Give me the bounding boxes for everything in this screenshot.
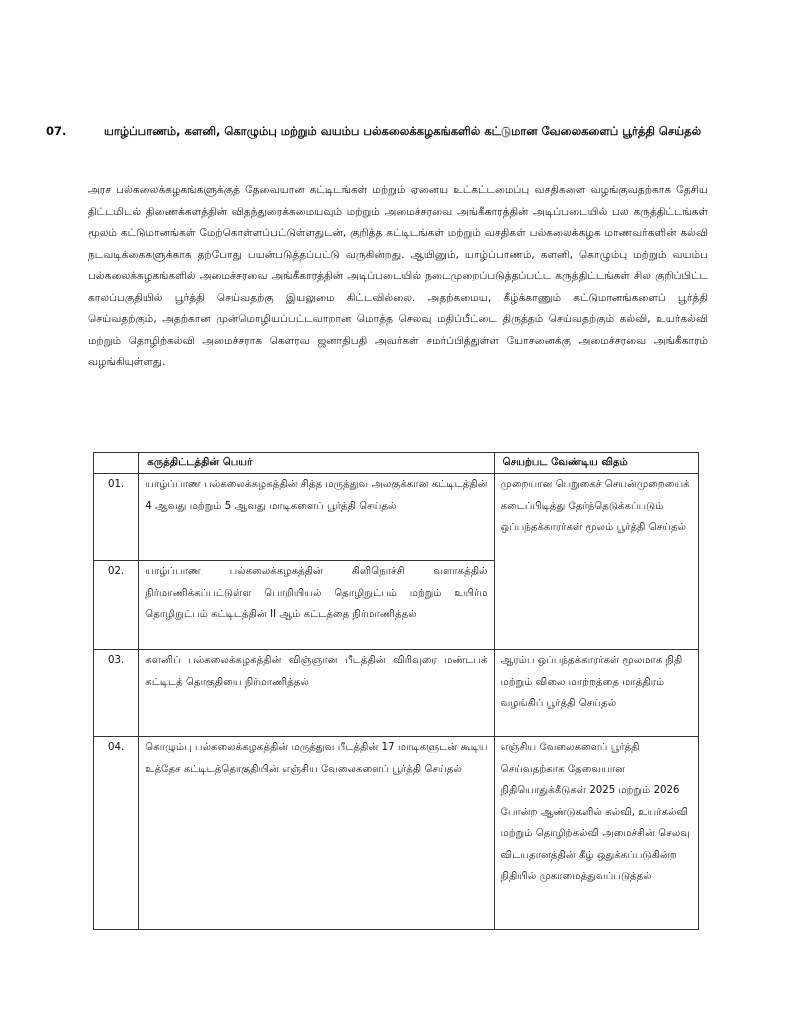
table-row: 01. யாழ்ப்பாண பல்கலைக்கழகத்தின் சித்த மர…	[94, 474, 699, 561]
projects-table: கருத்திட்டத்தின் பெயர் செயற்பட வேண்டிய வ…	[93, 452, 699, 930]
project-name: களனிப் பல்கலைக்கழகத்தின் விஞ்ஞான பீடத்தி…	[139, 650, 494, 737]
row-number: 04.	[94, 737, 139, 930]
implementation-method: எஞ்சிய வேலைகளைப் பூர்த்தி செய்வதற்காக தே…	[494, 737, 698, 930]
project-name: யாழ்ப்பாண பல்கலைக்கழகத்தின் சித்த மருத்த…	[139, 474, 494, 561]
header-number	[94, 453, 139, 474]
table-row: 03. களனிப் பல்கலைக்கழகத்தின் விஞ்ஞான பீட…	[94, 650, 699, 737]
row-number: 03.	[94, 650, 139, 737]
section-number: 07.	[46, 120, 86, 142]
project-name: கொழும்பு பல்கலைக்கழகத்தின் மருத்துவ பீடத…	[139, 737, 494, 930]
section-title: யாழ்ப்பாணம், களனி, கொழும்பு மற்றும் வயம்…	[104, 120, 706, 142]
row-number: 01.	[94, 474, 139, 561]
body-paragraph: அரச பல்கலைக்கழகங்களுக்குத் தேவையான கட்டி…	[88, 180, 708, 374]
implementation-method: முறையான பெறுகைச் செயன்முறையைக் கடைப்பிடி…	[494, 474, 698, 650]
project-name: யாழ்ப்பாண பல்கலைக்கழகத்தின் கிளிநொச்சி வ…	[139, 561, 494, 650]
row-number: 02.	[94, 561, 139, 650]
header-method: செயற்பட வேண்டிய விதம்	[494, 453, 698, 474]
implementation-method: ஆரம்ப ஒப்பந்தக்காரர்கள் மூலமாக நிதி மற்ற…	[494, 650, 698, 737]
table-row: 04. கொழும்பு பல்கலைக்கழகத்தின் மருத்துவ …	[94, 737, 699, 930]
section-heading: 07. யாழ்ப்பாணம், களனி, கொழும்பு மற்றும் …	[46, 120, 706, 142]
header-project-name: கருத்திட்டத்தின் பெயர்	[139, 453, 494, 474]
table-header-row: கருத்திட்டத்தின் பெயர் செயற்பட வேண்டிய வ…	[94, 453, 699, 474]
